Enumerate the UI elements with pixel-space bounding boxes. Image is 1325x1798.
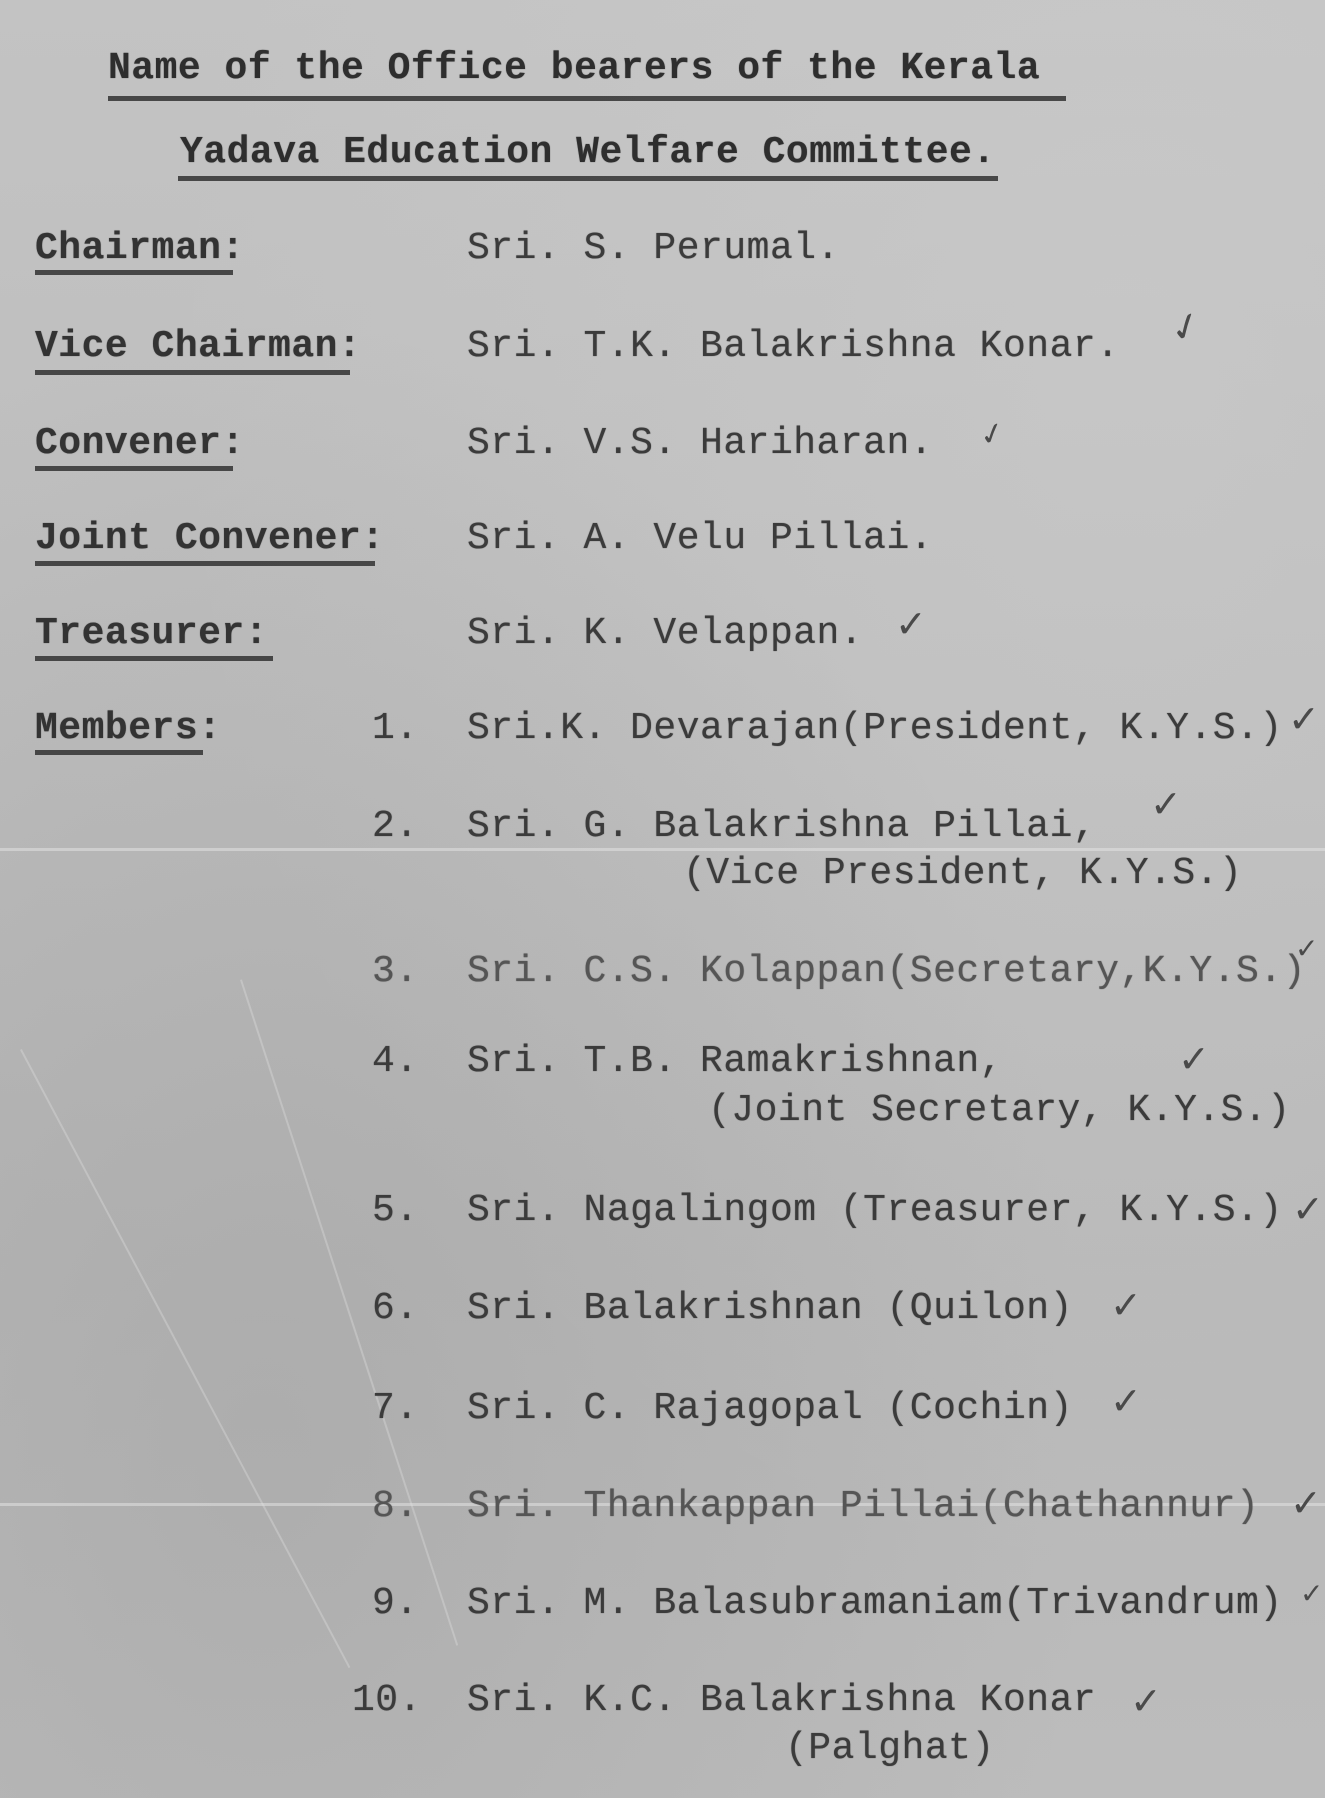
member-number: 2. <box>372 808 419 846</box>
check-mark-icon: ✓ <box>1290 1484 1322 1522</box>
role-underline <box>35 370 350 375</box>
officer-name-joint-convener: Sri. A. Velu Pillai. <box>467 520 933 558</box>
member-number: 8. <box>372 1488 419 1526</box>
document-title-line-2: Yadava Education Welfare Committee. <box>180 134 996 172</box>
member-name: Sri. K.C. Balakrishna Konar <box>467 1682 1096 1720</box>
member-name: Sri. C.S. Kolappan(Secretary,K.Y.S.) <box>467 953 1306 991</box>
role-underline <box>35 561 375 566</box>
member-affiliation: (Joint Secretary, K.Y.S.) <box>708 1092 1291 1130</box>
member-name: Sri. G. Balakrishna Pillai, <box>467 808 1096 846</box>
check-mark-icon: ✓ <box>895 605 927 643</box>
member-number: 6. <box>372 1290 419 1328</box>
check-mark-icon: ✓ <box>1300 1580 1323 1608</box>
officer-name-chairman: Sri. S. Perumal. <box>467 230 840 268</box>
role-underline <box>35 270 233 275</box>
member-affiliation: (Vice President, K.Y.S.) <box>683 855 1242 893</box>
officer-name-convener: Sri. V.S. Hariharan. <box>467 425 933 463</box>
check-mark-icon: ✓ <box>1110 1382 1142 1420</box>
member-name: Sri. Thankappan Pillai(Chathannur) <box>467 1488 1259 1526</box>
role-underline <box>35 656 273 661</box>
member-number: 1. <box>372 710 419 748</box>
member-name: Sri. C. Rajagopal (Cochin) <box>467 1390 1073 1428</box>
check-mark-icon: ✓ <box>1110 1286 1142 1324</box>
document-title-line-1: Name of the Office bearers of the Kerala <box>108 50 1040 88</box>
check-mark-icon: ✓ <box>977 417 1009 452</box>
members-label: Members: <box>35 710 221 748</box>
check-mark-icon: ✓ <box>1178 1040 1210 1078</box>
member-name: Sri. M. Balasubramaniam(Trivandrum) <box>467 1585 1283 1623</box>
member-number: 7. <box>372 1390 419 1428</box>
member-number: 3. <box>372 953 419 991</box>
check-mark-icon: ✓ <box>1295 935 1318 963</box>
member-number: 5. <box>372 1192 419 1230</box>
title-underline <box>108 96 1066 101</box>
role-label-chairman: Chairman: <box>35 230 245 268</box>
role-label-convener: Convener: <box>35 425 245 463</box>
member-name: Sri.K. Devarajan(President, K.Y.S.) <box>467 710 1283 748</box>
fold-crease <box>20 1049 350 1668</box>
member-affiliation: (Palghat) <box>785 1730 995 1768</box>
member-number: 10. <box>352 1682 422 1720</box>
role-underline <box>35 466 233 471</box>
check-mark-icon: ✓ <box>1292 1190 1324 1228</box>
role-underline <box>35 750 203 755</box>
role-label-joint-convener: Joint Convener: <box>35 520 385 558</box>
member-name: Sri. T.B. Ramakrishnan, <box>467 1043 1003 1081</box>
member-number: 9. <box>372 1585 419 1623</box>
member-name: Sri. Nagalingom (Treasurer, K.Y.S.) <box>467 1192 1283 1230</box>
member-name: Sri. Balakrishnan (Quilon) <box>467 1290 1073 1328</box>
role-label-vice-chairman: Vice Chairman: <box>35 328 361 366</box>
title-underline <box>178 176 998 181</box>
officer-name-vice-chairman: Sri. T.K. Balakrishna Konar. <box>467 328 1120 366</box>
fold-crease <box>0 848 1325 851</box>
check-mark-icon: ✓ <box>1130 1682 1162 1720</box>
role-label-treasurer: Treasurer: <box>35 615 268 653</box>
document-page: Name of the Office bearers of the Kerala… <box>0 0 1325 1798</box>
officer-name-treasurer: Sri. K. Velappan. <box>467 615 863 653</box>
check-mark-icon: ✓ <box>1150 785 1182 823</box>
check-mark-icon: ✓ <box>1288 700 1320 738</box>
fold-crease <box>240 979 458 1645</box>
member-number: 4. <box>372 1043 419 1081</box>
check-mark-icon: ✓ <box>1164 304 1207 351</box>
